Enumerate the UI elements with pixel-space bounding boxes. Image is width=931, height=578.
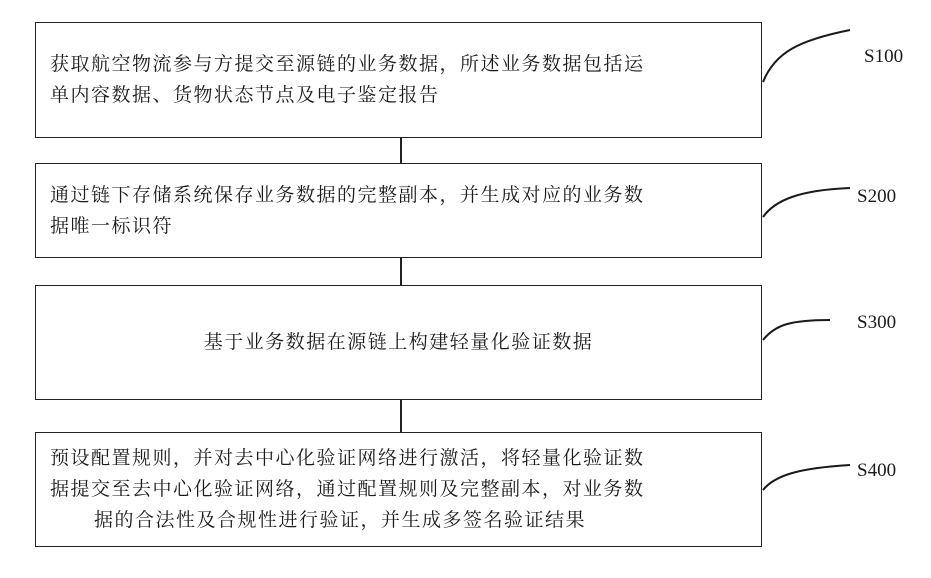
step-text-line: 基于业务数据在源链上构建轻量化验证数据 — [50, 327, 747, 358]
step-text-line: 获取航空物流参与方提交至源链的业务数据，所述业务数据包括运 — [50, 49, 747, 80]
step-label-s100: S100 — [864, 46, 903, 68]
step-box-s100: 获取航空物流参与方提交至源链的业务数据，所述业务数据包括运 单内容数据、货物状态… — [35, 22, 762, 138]
step-text-line: 据唯一标识符 — [50, 211, 747, 242]
connector-s200-s300 — [400, 258, 402, 285]
step-label-s400: S400 — [857, 460, 896, 482]
step-text-s100: 获取航空物流参与方提交至源链的业务数据，所述业务数据包括运 单内容数据、货物状态… — [36, 49, 761, 111]
step-label-s200: S200 — [857, 186, 896, 208]
leader-line-s300 — [763, 320, 830, 340]
step-text-line: 预设配置规则，并对去中心化验证网络进行激活，将轻量化验证数 — [50, 443, 747, 474]
step-text-s300: 基于业务数据在源链上构建轻量化验证数据 — [36, 327, 761, 358]
step-text-line: 通过链下存储系统保存业务数据的完整副本，并生成对应的业务数 — [50, 180, 747, 211]
step-text-line: 据的合法性及合规性进行验证，并生成多签名验证结果 — [50, 505, 747, 536]
leader-line-s400 — [763, 465, 850, 490]
step-text-line: 据提交至去中心化验证网络，通过配置规则及完整副本，对业务数 — [50, 474, 747, 505]
step-text-line: 单内容数据、货物状态节点及电子鉴定报告 — [50, 80, 747, 111]
step-text-s400: 预设配置规则，并对去中心化验证网络进行激活，将轻量化验证数 据提交至去中心化验证… — [36, 443, 761, 536]
step-text-s200: 通过链下存储系统保存业务数据的完整副本，并生成对应的业务数 据唯一标识符 — [36, 180, 761, 242]
connector-s300-s400 — [400, 400, 402, 432]
leader-line-s200 — [763, 188, 850, 217]
step-box-s400: 预设配置规则，并对去中心化验证网络进行激活，将轻量化验证数 据提交至去中心化验证… — [35, 432, 762, 547]
leader-line-s100 — [763, 30, 850, 82]
step-label-s300: S300 — [857, 312, 896, 334]
connector-s100-s200 — [400, 138, 402, 163]
step-box-s200: 通过链下存储系统保存业务数据的完整副本，并生成对应的业务数 据唯一标识符 — [35, 163, 762, 258]
step-box-s300: 基于业务数据在源链上构建轻量化验证数据 — [35, 285, 762, 400]
